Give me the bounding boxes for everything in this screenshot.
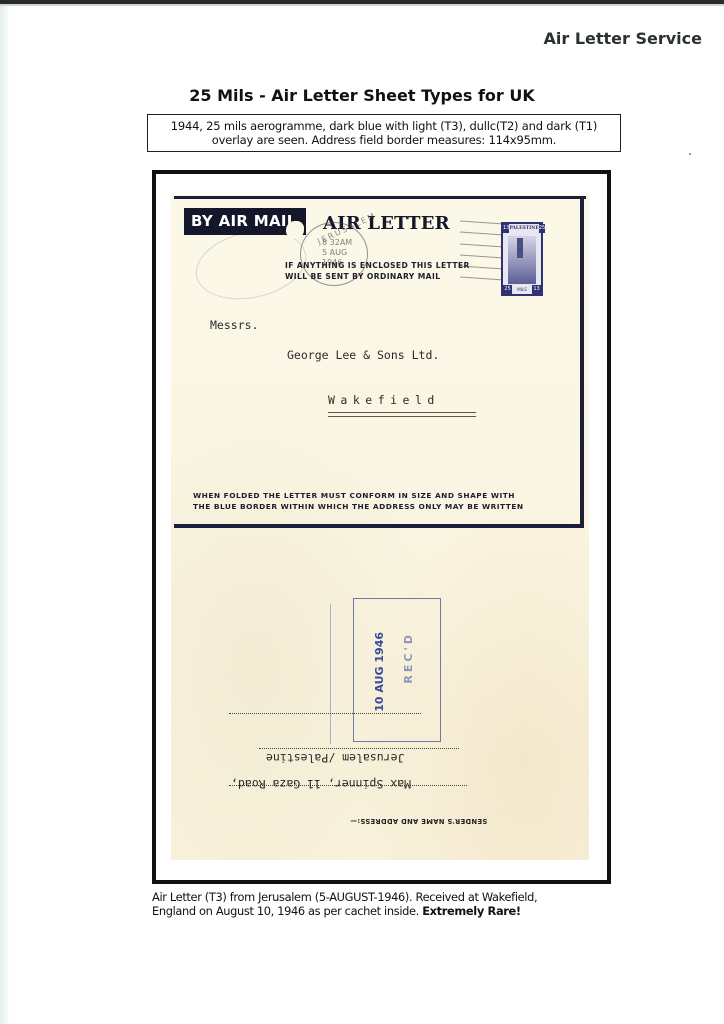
paper-tear	[286, 221, 304, 239]
receiving-cachet-text: REC'D	[402, 632, 415, 684]
sender-label: SENDER'S NAME AND ADDRESS:—	[350, 817, 487, 825]
dotted-line	[229, 713, 421, 714]
stamp-denomination: MILS	[517, 287, 526, 292]
sender-city: Jerusalem /Palestine	[266, 751, 404, 765]
page-left-edge	[0, 6, 10, 1024]
palestine-stamp-icon: 13 PALESTINE 25 25 MILS 13	[501, 222, 543, 296]
description-line-1: 1944, 25 mils aerogramme, dark blue with…	[148, 119, 620, 133]
sender-street: Max Spinner, 11 Gaza Road,	[231, 777, 411, 791]
receiving-cachet-date: 10 AUG 1946	[373, 632, 386, 712]
address-border-right	[580, 196, 584, 528]
fold-instructions-line-1: WHEN FOLDED THE LETTER MUST CONFORM IN S…	[193, 491, 563, 502]
speck	[689, 153, 691, 155]
tower-icon	[517, 238, 523, 258]
address-border-bottom	[174, 524, 584, 528]
fold-instructions-line-2: THE BLUE BORDER WITHIN WHICH THE ADDRESS…	[193, 502, 563, 513]
description-line-2: overlay are seen. Address field border m…	[148, 133, 620, 147]
description-box: 1944, 25 mils aerogramme, dark blue with…	[147, 114, 621, 152]
caption-line-1: Air Letter (T3) from Jerusalem (5-AUGUST…	[152, 890, 614, 904]
address-addressee: George Lee & Sons Ltd.	[287, 348, 439, 362]
address-city: Wakefield	[328, 393, 440, 407]
address-salutation: Messrs.	[210, 318, 258, 332]
page-top-edge-shadow	[0, 4, 724, 6]
fold-instructions: WHEN FOLDED THE LETTER MUST CONFORM IN S…	[193, 491, 563, 512]
stamp-value-top-right: 25	[539, 224, 545, 233]
receiving-cachet-box	[353, 598, 441, 742]
exhibit-caption: Air Letter (T3) from Jerusalem (5-AUGUST…	[152, 890, 614, 918]
stamp-value-bottom-right: 13	[532, 285, 541, 294]
caption-rarity-note: Extremely Rare!	[422, 904, 521, 918]
enclosed-warning-line-2: WILL BE SENT BY ORDINARY MAIL	[285, 272, 475, 283]
enclosed-warning-line-1: IF ANYTHING IS ENCLOSED THIS LETTER	[285, 261, 475, 272]
postmark-date: 5 AUG	[322, 248, 362, 258]
section-header-title: Air Letter Service	[544, 29, 703, 48]
postmark-time: 8 32AM	[322, 238, 362, 248]
stamp-country: PALESTINE	[509, 224, 538, 233]
page-title: 25 Mils - Air Letter Sheet Types for UK	[0, 86, 724, 105]
address-border-top	[174, 196, 586, 199]
caption-line-2: England on August 10, 1946 as per cachet…	[152, 904, 422, 918]
enclosed-warning: IF ANYTHING IS ENCLOSED THIS LETTER WILL…	[285, 261, 475, 282]
city-double-underline	[328, 412, 476, 417]
dotted-line	[259, 748, 459, 749]
stamp-value-bottom-left: 25	[503, 285, 512, 294]
